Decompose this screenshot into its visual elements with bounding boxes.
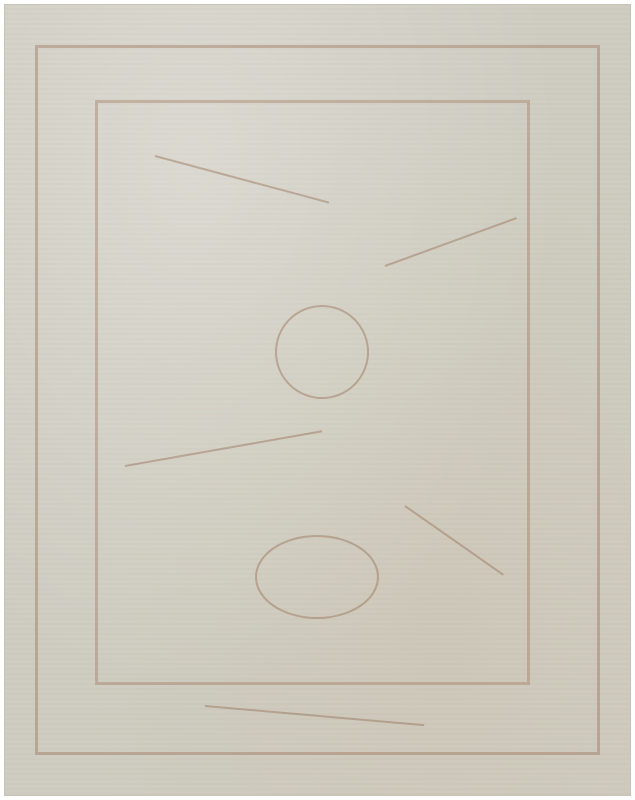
rug-image	[5, 5, 630, 795]
rug-medallion	[255, 535, 379, 619]
rug-medallion	[275, 305, 369, 399]
